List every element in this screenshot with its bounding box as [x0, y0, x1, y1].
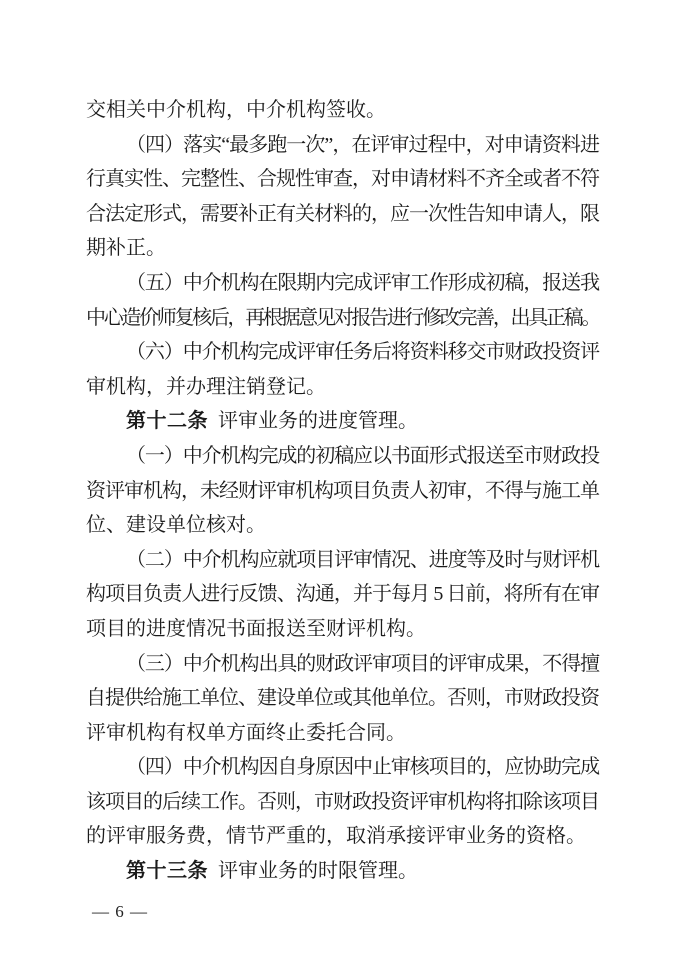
text-line: 资评审机构，未经财评审机构项目负责人初审，不得与施工单: [86, 474, 599, 509]
line-text: 位、建设单位核对。: [86, 514, 266, 536]
text-line: 评审机构有权单方面终止委托合同。: [86, 716, 599, 751]
line-text: 期补正。: [86, 237, 166, 259]
line-text: 该项目的后续工作。否则，市财政投资评审机构将扣除该项目: [86, 791, 599, 813]
text-line: （四）中介机构因自身原因中止审核项目的，应协助完成: [86, 750, 599, 785]
article-heading: 第十二条评审业务的进度管理。: [86, 404, 599, 439]
paragraph: 交相关中介机构，中介机构签收。: [86, 93, 599, 128]
line-text: （五）中介机构在限期内完成评审工作形成初稿，报送我: [126, 272, 599, 294]
text-line: （四）落实“最多跑一次”，在评审过程中，对申请资料进: [86, 128, 599, 163]
text-line: （二）中介机构应就项目评审情况、进度等及时与财评机: [86, 543, 599, 578]
line-text: （四）落实“最多跑一次”，在评审过程中，对申请资料进: [126, 134, 599, 156]
text-line: 第十二条评审业务的进度管理。: [86, 404, 599, 439]
line-text: （三）中介机构出具的财政评审项目的评审成果，不得擅: [126, 653, 599, 675]
line-text: 自提供给施工单位、建设单位或其他单位。否则，市财政投资: [86, 687, 599, 709]
line-text: 评审机构有权单方面终止委托合同。: [86, 722, 406, 744]
paragraph: （五）中介机构在限期内完成评审工作形成初稿，报送我中心造价师复核后，再根据意见对…: [86, 266, 599, 335]
paragraph: （一）中介机构完成的初稿应以书面形式报送至市财政投资评审机构，未经财评审机构项目…: [86, 439, 599, 543]
text-line: 行真实性、完整性、合规性审查，对申请材料不齐全或者不符: [86, 162, 599, 197]
line-text: 中心造价师复核后，再根据意见对报告进行修改完善，出具正稿。: [86, 307, 599, 329]
paragraph: （四）落实“最多跑一次”，在评审过程中，对申请资料进行真实性、完整性、合规性审查…: [86, 128, 599, 266]
line-text: 评审业务的进度管理。: [218, 410, 418, 432]
text-line: （一）中介机构完成的初稿应以书面形式报送至市财政投: [86, 439, 599, 474]
paragraph: （六）中介机构完成评审任务后将资料移交市财政投资评审机构，并办理注销登记。: [86, 335, 599, 404]
paragraph: （二）中介机构应就项目评审情况、进度等及时与财评机构项目负责人进行反馈、沟通，并…: [86, 543, 599, 647]
text-line: 第十三条评审业务的时限管理。: [86, 854, 599, 889]
line-text: （一）中介机构完成的初稿应以书面形式报送至市财政投: [126, 445, 599, 467]
text-line: 交相关中介机构，中介机构签收。: [86, 93, 599, 128]
line-text: 资评审机构，未经财评审机构项目负责人初审，不得与施工单: [86, 480, 599, 502]
article-number: 第十三条: [126, 860, 208, 882]
article-heading: 第十三条评审业务的时限管理。: [86, 854, 599, 889]
line-text: 的评审服务费，情节严重的，取消承接评审业务的资格。: [86, 825, 586, 847]
text-line: 审机构，并办理注销登记。: [86, 370, 599, 405]
line-text: （四）中介机构因自身原因中止审核项目的，应协助完成: [126, 756, 599, 778]
text-line: 期补正。: [86, 231, 599, 266]
text-line: 该项目的后续工作。否则，市财政投资评审机构将扣除该项目: [86, 785, 599, 820]
line-text: （二）中介机构应就项目评审情况、进度等及时与财评机: [126, 549, 599, 571]
line-text: 合法定形式，需要补正有关材料的，应一次性告知申请人，限: [86, 203, 599, 225]
line-text: （六）中介机构完成评审任务后将资料移交市财政投资评: [126, 341, 599, 363]
line-text: 评审业务的时限管理。: [218, 860, 418, 882]
text-line: 合法定形式，需要补正有关材料的，应一次性告知申请人，限: [86, 197, 599, 232]
line-text: 行真实性、完整性、合规性审查，对申请材料不齐全或者不符: [86, 168, 599, 190]
text-line: 位、建设单位核对。: [86, 508, 599, 543]
text-line: 自提供给施工单位、建设单位或其他单位。否则，市财政投资: [86, 681, 599, 716]
text-line: （三）中介机构出具的财政评审项目的评审成果，不得擅: [86, 647, 599, 682]
text-line: 构项目负责人进行反馈、沟通，并于每月 5 日前，将所有在审: [86, 577, 599, 612]
document-body: 交相关中介机构，中介机构签收。（四）落实“最多跑一次”，在评审过程中，对申请资料…: [86, 93, 599, 889]
text-line: （五）中介机构在限期内完成评审工作形成初稿，报送我: [86, 266, 599, 301]
text-line: 项目的进度情况书面报送至财评机构。: [86, 612, 599, 647]
text-line: 中心造价师复核后，再根据意见对报告进行修改完善，出具正稿。: [86, 301, 599, 336]
line-text: 审机构，并办理注销登记。: [86, 376, 326, 398]
text-line: 的评审服务费，情节严重的，取消承接评审业务的资格。: [86, 819, 599, 854]
paragraph: （三）中介机构出具的财政评审项目的评审成果，不得擅自提供给施工单位、建设单位或其…: [86, 647, 599, 751]
paragraph: （四）中介机构因自身原因中止审核项目的，应协助完成该项目的后续工作。否则，市财政…: [86, 750, 599, 854]
text-line: （六）中介机构完成评审任务后将资料移交市财政投资评: [86, 335, 599, 370]
page-number: — 6 —: [92, 902, 148, 922]
document-page: 交相关中介机构，中介机构签收。（四）落实“最多跑一次”，在评审过程中，对申请资料…: [0, 0, 690, 976]
line-text: 项目的进度情况书面报送至财评机构。: [86, 618, 426, 640]
article-number: 第十二条: [126, 410, 208, 432]
line-text: 构项目负责人进行反馈、沟通，并于每月 5 日前，将所有在审: [86, 583, 599, 605]
line-text: 交相关中介机构，中介机构签收。: [86, 99, 386, 121]
